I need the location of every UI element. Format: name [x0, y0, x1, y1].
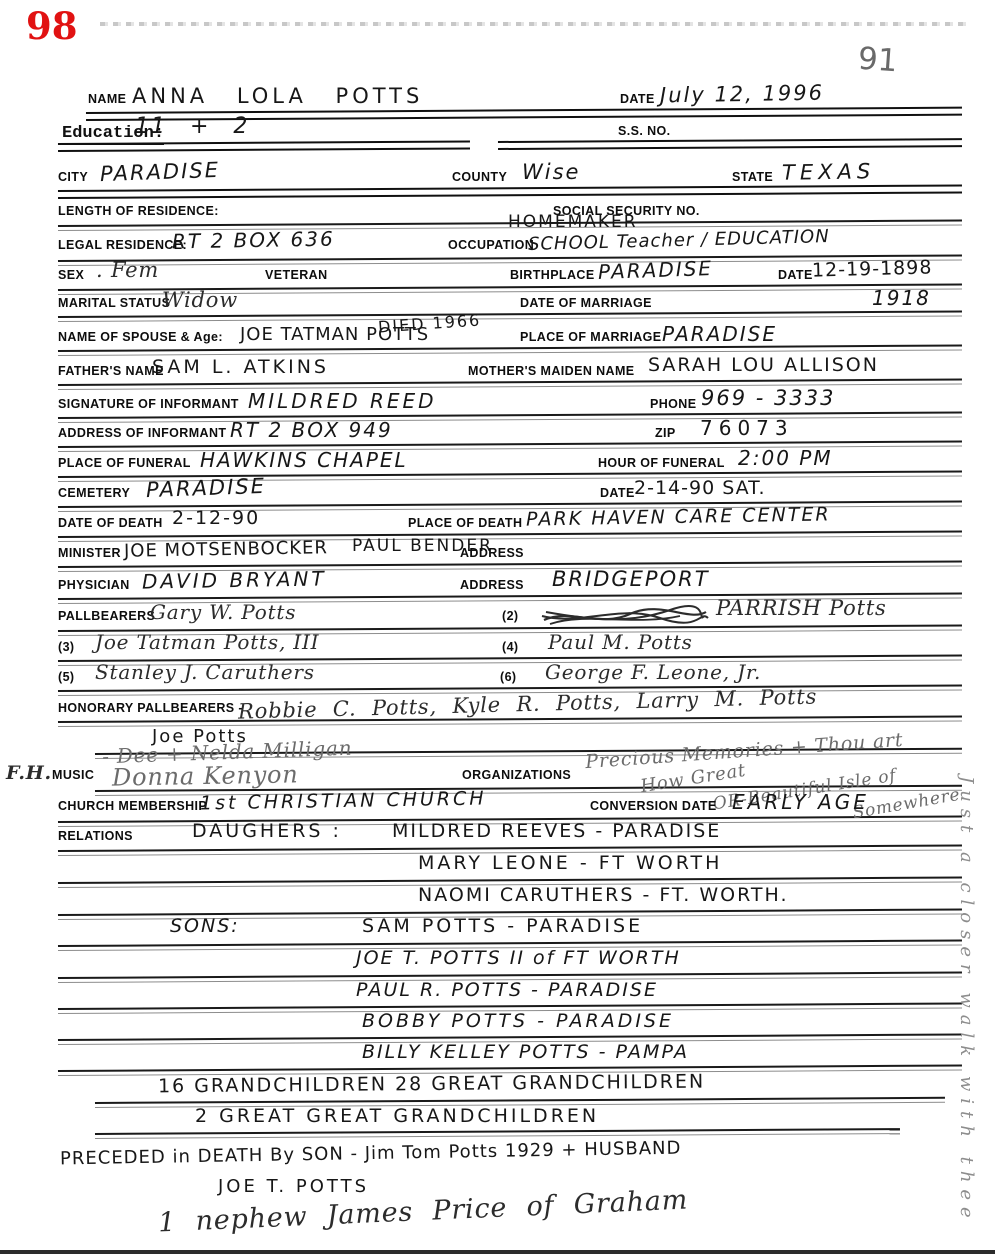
- burial-date-label: DATE: [600, 486, 635, 500]
- daughter-3: NAOMI CARUTHERS - FT. WORTH.: [418, 884, 789, 906]
- father-label: FATHER'S NAME: [58, 364, 164, 378]
- conversion-date-value: EARLY AGE: [732, 790, 869, 814]
- great-great-grandchildren-line: 2 GREAT GREAT GRANDCHILDREN: [195, 1105, 599, 1127]
- place-of-funeral-value: HAWKINS CHAPEL: [200, 448, 408, 472]
- sons-heading: SONS:: [170, 915, 240, 937]
- physician-address-value: BRIDGEPORT: [552, 567, 710, 591]
- name-value: ANNA LOLA POTTS: [132, 84, 423, 108]
- pencil-page-number: 91: [857, 41, 899, 80]
- margin-vertical-note: Just a closer walk with thee: [956, 776, 977, 1254]
- rule: [58, 310, 962, 322]
- city-label: CITY: [58, 170, 88, 184]
- physician-value: DAVID BRYANT: [142, 566, 327, 593]
- date-of-marriage-value: 1918: [872, 286, 931, 310]
- pallbearer-4: Paul M. Potts: [548, 630, 693, 654]
- father-value: SAM L. ATKINS: [152, 356, 329, 378]
- sex-label: SEX: [58, 268, 84, 282]
- city-value: PARADISE: [100, 158, 221, 186]
- date-of-death-value: 2-12-90: [172, 507, 260, 529]
- physician-label: PHYSICIAN: [58, 578, 130, 592]
- state-label: STATE: [732, 170, 773, 184]
- rule: [58, 411, 962, 423]
- zip-label: ZIP: [655, 426, 676, 440]
- marital-status-label: MARITAL STATUS: [58, 296, 170, 310]
- veteran-label: VETERAN: [265, 268, 328, 282]
- place-of-marriage-label: PLACE OF MARRIAGE: [520, 330, 662, 344]
- daughter-1: MILDRED REEVES - PARADISE: [392, 820, 721, 842]
- county-label: COUNTY: [452, 170, 507, 184]
- pallbearer-2-number: (2): [502, 609, 518, 623]
- church-membership-value: 1st CHRISTIAN CHURCH: [200, 788, 487, 815]
- son-1: SAM POTTS - PARADISE: [362, 915, 643, 937]
- ssno-label: S.S. NO.: [618, 124, 671, 138]
- informant-signature-value: MILDRED REED: [248, 389, 437, 413]
- hour-of-funeral-label: HOUR OF FUNERAL: [598, 456, 725, 470]
- bottom-scan-edge: [0, 1250, 995, 1254]
- red-page-number: 98: [26, 4, 78, 48]
- birthplace-label: BIRTHPLACE: [510, 268, 595, 282]
- grandchildren-line: 16 GRANDCHILDREN 28 GREAT GRANDCHILDREN: [158, 1071, 705, 1098]
- informant-address-value: RT 2 BOX 949: [230, 418, 393, 442]
- scratched-out-name: [540, 602, 710, 630]
- minister-label: MINISTER: [58, 546, 121, 560]
- pallbearer-3: Joe Tatman Potts, III: [95, 630, 319, 654]
- phone-value: 969 - 3333: [701, 386, 835, 410]
- funeral-home-note: F.H.: [6, 762, 52, 784]
- legal-residence-value: RT 2 BOX 636: [172, 227, 335, 254]
- birth-date-label: DATE: [778, 268, 813, 282]
- spouse-label: NAME OF SPOUSE & Age:: [58, 330, 223, 344]
- marital-status-value: Widow: [162, 288, 238, 312]
- mother-value: SARAH LOU ALLISON: [648, 354, 879, 376]
- preceded-in-death-line2: JOE T. POTTS: [218, 1176, 369, 1197]
- minister-value: JOE MOTSENBOCKER: [124, 537, 328, 562]
- daughters-heading: DAUGHERS :: [192, 820, 342, 842]
- music-value: Donna Kenyon: [112, 760, 299, 791]
- informant-address-label: ADDRESS OF INFORMANT: [58, 426, 226, 440]
- pallbearer-5-number: (5): [58, 670, 74, 684]
- date-label: DATE: [620, 92, 655, 106]
- son-4: BOBBY POTTS - PARADISE: [362, 1010, 674, 1032]
- scan-artifact-dashes: [100, 22, 968, 26]
- zip-value: 76073: [700, 416, 794, 440]
- son-2: JOE T. POTTS II of FT WORTH: [356, 947, 681, 969]
- pallbearer-2: PARRISH Potts: [716, 596, 887, 620]
- place-of-funeral-label: PLACE OF FUNERAL: [58, 456, 191, 470]
- date-of-death-label: DATE OF DEATH: [58, 516, 163, 530]
- name-label: NAME: [88, 92, 126, 106]
- occupation-note-above: HOMEMAKER: [508, 212, 638, 232]
- date-of-marriage-label: DATE OF MARRIAGE: [520, 296, 652, 310]
- preceded-in-death-line1: PRECEDED in DEATH By SON - Jim Tom Potts…: [60, 1138, 682, 1170]
- minister-address-label: ADDRESS: [460, 546, 524, 560]
- informant-signature-label: SIGNATURE OF INFORMANT: [58, 397, 239, 411]
- place-of-death-value: PARK HAVEN CARE CENTER: [526, 503, 831, 530]
- honorary-pallbearers-label: HONORARY PALLBEARERS -: [58, 701, 243, 715]
- daughter-2: MARY LEONE - FT WORTH: [418, 852, 722, 874]
- phone-label: PHONE: [650, 397, 696, 411]
- legal-residence-label: LEGAL RESIDENCE:: [58, 238, 187, 252]
- organizations-label: ORGANIZATIONS: [462, 768, 571, 782]
- church-membership-label: CHURCH MEMBERSHIP: [58, 799, 207, 813]
- pallbearer-5: Stanley J. Caruthers: [95, 660, 315, 684]
- relations-label: RELATIONS: [58, 829, 133, 843]
- spouse-value: JOE TATMAN POTTS: [240, 324, 429, 345]
- pallbearer-3-number: (3): [58, 640, 74, 654]
- burial-date-value: 2-14-90 SAT.: [634, 477, 766, 499]
- scanned-funeral-record-page: 98 91 NAME ANNA LOLA POTTS DATE July 12,…: [0, 0, 995, 1258]
- place-of-death-label: PLACE OF DEATH: [408, 516, 522, 530]
- rule: [498, 138, 962, 150]
- mother-label: MOTHER'S MAIDEN NAME: [468, 364, 635, 378]
- pallbearer-6-number: (6): [500, 670, 516, 684]
- length-of-residence-label: LENGTH OF RESIDENCE:: [58, 204, 219, 218]
- occupation-label: OCCUPATION: [448, 238, 534, 252]
- physician-address-label: ADDRESS: [460, 578, 524, 592]
- state-value: TEXAS: [782, 159, 876, 185]
- county-value: Wise: [522, 160, 580, 184]
- place-of-marriage-value: PARADISE: [662, 322, 777, 346]
- education-value: 11 + 2: [135, 114, 249, 139]
- conversion-date-label: CONVERSION DATE: [590, 799, 717, 813]
- rule: [58, 184, 962, 199]
- date-value: July 12, 1996: [660, 81, 824, 108]
- music-label: MUSIC: [52, 768, 94, 782]
- pallbearer-6: George F. Leone, Jr.: [545, 660, 761, 684]
- son-5: BILLY KELLEY POTTS - PAMPA: [362, 1041, 689, 1063]
- pallbearer-4-number: (4): [502, 640, 518, 654]
- rule: [95, 1128, 900, 1139]
- birth-date-value: 12-19-1898: [812, 256, 933, 281]
- pallbearers-label: PALLBEARERS: [58, 609, 155, 623]
- sex-value: . Fem: [96, 258, 159, 282]
- cemetery-value: PARADISE: [146, 474, 267, 502]
- pallbearer-1: Gary W. Potts: [150, 600, 296, 624]
- birthplace-value: PARADISE: [598, 256, 714, 284]
- cemetery-label: CEMETERY: [58, 486, 130, 500]
- son-3: PAUL R. POTTS - PARADISE: [356, 979, 658, 1001]
- hour-of-funeral-value: 2:00 PM: [738, 446, 833, 470]
